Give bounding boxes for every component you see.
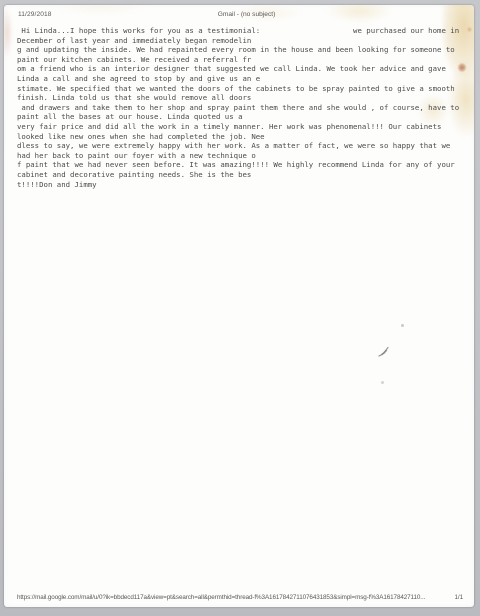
orange-spot <box>467 27 472 32</box>
email-body-text: Hi Linda...I hope this works for you as … <box>17 26 459 189</box>
ink-dot <box>401 324 404 327</box>
printed-page: 11/29/2018 Gmail - (no subject) Hi Linda… <box>4 5 474 607</box>
scan-background: 11/29/2018 Gmail - (no subject) Hi Linda… <box>0 0 480 616</box>
header-title: Gmail - (no subject) <box>17 11 462 18</box>
pen-mark <box>376 341 396 361</box>
footer-url: https://mail.google.com/mail/u/0?ik=bbde… <box>17 594 425 601</box>
red-ink-spot <box>458 63 466 72</box>
print-footer: https://mail.google.com/mail/u/0?ik=bbde… <box>17 594 463 601</box>
coffee-stain <box>4 9 12 57</box>
ink-dot <box>381 381 384 384</box>
page-number: 1/1 <box>455 594 463 601</box>
print-header: 11/29/2018 Gmail - (no subject) <box>17 11 462 21</box>
